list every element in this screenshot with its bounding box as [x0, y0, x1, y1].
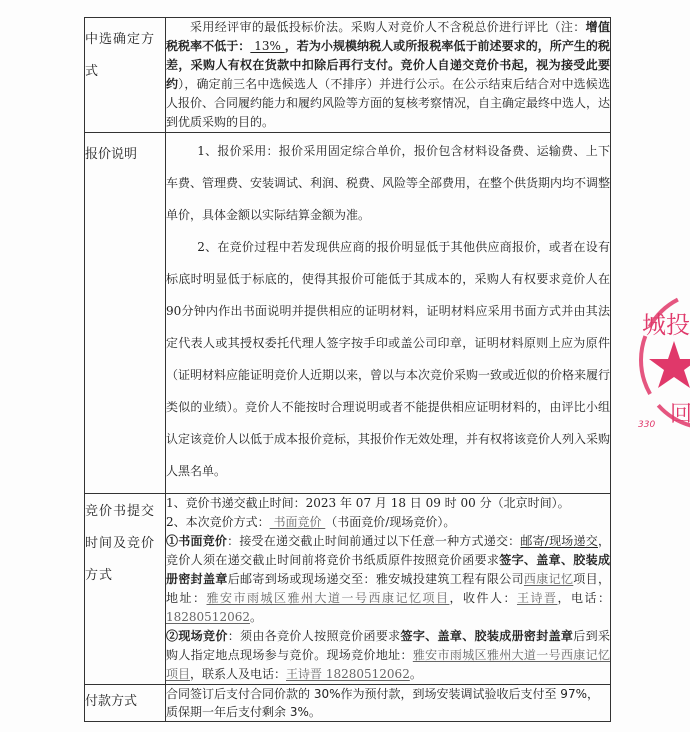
selection-method-text: 采用经评审的最低投标价法。采购人对竞价人不含税总价进行评比（注：增值税税率不低于… — [166, 18, 610, 132]
quote-clause-1: 1、报价采用：报价采用固定综合单价，报价包含材料设备费、运输费、上下车费、管理费… — [166, 135, 610, 231]
row-submission-time-method: 竞价书提交 时间及竞价 方式 1、竞价书递交截止时间：2023 年 07 月 1… — [85, 494, 611, 685]
deadline-line: 1、竞价书递交截止时间：2023 年 07 月 18 日 09 时 00 分（北… — [166, 494, 610, 513]
text-span: ：接受在递交截止时间前通过以下任意一种方式递交： — [227, 534, 520, 548]
project-name: 西康记忆 — [524, 572, 573, 586]
text-span: ：须由各竞价人按照竞价函要求 — [228, 629, 401, 643]
text-span: 采用经评审的最低投标价法。采购人对竞价人不含税总价进行评比（注： — [190, 20, 586, 34]
text-span: ，电话： — [557, 591, 610, 605]
content-submission-time-method: 1、竞价书递交截止时间：2023 年 07 月 18 日 09 时 00 分（北… — [166, 494, 611, 685]
payment-terms: 合同签订后支付合同价款的 30%作为预付款，到场安装调试验收后支付至 97%，质… — [166, 685, 610, 721]
written-bid-paragraph: ①书面竞价：接受在递交截止时间前通过以下任意一种方式递交：邮寄/现场递交，竞价人… — [166, 532, 610, 627]
seal-number: 330 — [638, 420, 655, 430]
label-quote-instructions: 报价说明 — [85, 133, 166, 494]
content-quote-instructions: 1、报价采用：报价采用固定综合单价，报价包含材料设备费、运输费、上下车费、管理费… — [166, 133, 611, 494]
procurement-terms-table: 中选确定方 式 采用经评审的最低投标价法。采购人对竞价人不含税总价进行评比（注：… — [84, 17, 611, 722]
row-payment-method: 付款方式 合同签订后支付合同价款的 30%作为预付款，到场安装调试验收后支付至 … — [85, 685, 611, 722]
text-span: 2、本次竞价方式： — [166, 515, 270, 529]
svg-text:回: 回 — [670, 402, 690, 427]
content-selection-method: 采用经评审的最低投标价法。采购人对竞价人不含税总价进行评比（注：增值税税率不低于… — [166, 18, 611, 133]
bid-method-value: 书面竞价 — [270, 515, 326, 529]
text-span: ，收件人： — [449, 591, 517, 605]
tax-rate-value: 13% — [250, 39, 284, 53]
label-line: 竞价书提交 — [85, 496, 165, 528]
text-span: 后邮寄到场或现场递交至：雅安城投建筑工程有限公司 — [228, 572, 524, 586]
delivery-address: 雅安市雨城区雅州大道一号西康记忆项目 — [207, 591, 450, 605]
label-line: 式 — [85, 56, 165, 88]
onsite-bid-paragraph: ②现场竞价：须由各竞价人按照竞价函要求签字、盖章、胶装成册密封盖章后到采购人指定… — [166, 627, 610, 684]
row-selection-method: 中选确定方 式 采用经评审的最低投标价法。采购人对竞价人不含税总价进行评比（注：… — [85, 18, 611, 133]
recipient-phone: 18280512062 — [166, 610, 250, 624]
label-submission-time-method: 竞价书提交 时间及竞价 方式 — [85, 494, 166, 685]
label-selection-method: 中选确定方 式 — [85, 18, 166, 133]
text-span: ，联系人及电话： — [190, 667, 286, 681]
label-line: 中选确定方 — [85, 24, 165, 56]
written-bid-title: ①书面竞价 — [166, 534, 227, 548]
onsite-contact: 王诗晋 18280512062 — [286, 667, 410, 681]
delivery-modes: 邮寄/现场递交 — [520, 534, 598, 548]
bid-method-line: 2、本次竞价方式： 书面竞价 （书面竞价/现场竞价）。 — [166, 513, 610, 532]
label-line: 方式 — [85, 560, 165, 592]
seal-icon: 城投建 330 回 — [634, 285, 690, 435]
label-line: 时间及竞价 — [85, 528, 165, 560]
text-bold: 签字、盖章、胶装成册密封盖章 — [401, 629, 574, 643]
text-span: ），确定前三名中选候选人（不排序）并进行公示。在公示结束后结合对中选候选人报价、… — [166, 77, 610, 129]
content-payment-method: 合同签订后支付合同价款的 30%作为预付款，到场安装调试验收后支付至 97%，质… — [166, 685, 611, 722]
quote-clause-2: 2、在竞价过程中若发现供应商的报价明显低于其他供应商报价，或者在设有标底时明显低… — [166, 231, 610, 487]
text-span: 。 — [410, 667, 422, 681]
seal-text: 城投建 — [642, 311, 690, 339]
text-span: （书面竞价/现场竞价）。 — [325, 515, 455, 529]
onsite-bid-title: ②现场竞价 — [166, 629, 228, 643]
text-span: 。 — [250, 610, 262, 624]
document-page: 中选确定方 式 采用经评审的最低投标价法。采购人对竞价人不含税总价进行评比（注：… — [0, 0, 690, 732]
company-seal-stamp: 城投建 330 回 — [634, 285, 690, 435]
recipient-name: 王诗晋 — [517, 591, 558, 605]
row-quote-instructions: 报价说明 1、报价采用：报价采用固定综合单价，报价包含材料设备费、运输费、上下车… — [85, 133, 611, 494]
label-payment-method: 付款方式 — [85, 685, 166, 722]
